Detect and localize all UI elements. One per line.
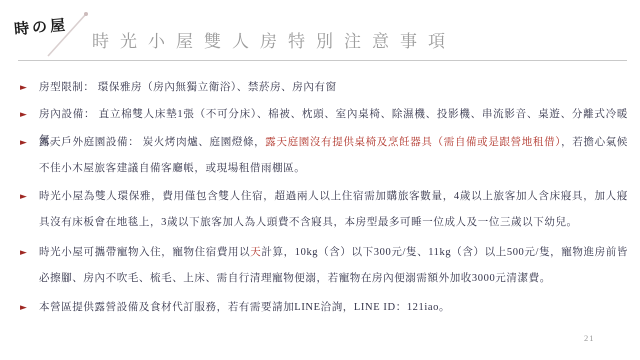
bullet-item-line-contact: ► 本營區提供露營設備及食材代訂服務，若有需要請加LINE洽詢，LINE ID：… xyxy=(20,295,628,321)
bullet-text-segment-emphasis: 露天庭園沒有提供桌椅及烹飪器具（需自備或是跟營地租借） xyxy=(265,137,561,148)
bullet-arrow-icon: ► xyxy=(20,295,39,321)
bullet-text-segment-emphasis: 天 xyxy=(250,247,261,258)
slide: 時の屋 時光小屋雙人房特別注意事項 ► 房型限制： 環保雅房（房內無獨立衛浴）、… xyxy=(0,0,640,360)
title-divider xyxy=(18,60,627,61)
bullet-text-segment: 露天戶外庭園設備： 炭火烤肉爐、庭園燈條， xyxy=(39,137,265,148)
bullet-text-segment: 本營區提供露營設備及食材代訂服務，若有需要請加LINE洽詢，LINE ID：12… xyxy=(39,302,450,313)
bullet-arrow-icon: ► xyxy=(20,75,39,101)
bullet-text-segment: 時光小屋可攜帶寵物入住，寵物住宿費用以 xyxy=(39,247,250,258)
bullet-text: 房型限制： 環保雅房（房內無獨立衛浴）、禁菸房、房內有窗 xyxy=(39,75,628,101)
bullet-text: 露天戶外庭園設備： 炭火烤肉爐、庭園燈條，露天庭園沒有提供桌椅及烹飪器具（需自備… xyxy=(39,130,628,182)
logo-slash-decoration xyxy=(40,8,96,60)
bullet-text: 時光小屋可攜帶寵物入住，寵物住宿費用以天計算，10kg（含）以下300元/隻、1… xyxy=(39,240,628,292)
bullet-text-segment: 房型限制： 環保雅房（房內無獨立衛浴）、禁菸房、房內有窗 xyxy=(39,82,337,93)
bullet-arrow-icon: ► xyxy=(20,130,39,156)
page-number: 21 xyxy=(584,333,595,343)
bullet-item-room-type: ► 房型限制： 環保雅房（房內無獨立衛浴）、禁菸房、房內有窗 xyxy=(20,75,628,101)
bullet-item-garden-equipment: ► 露天戶外庭園設備： 炭火烤肉爐、庭園燈條，露天庭園沒有提供桌椅及烹飪器具（需… xyxy=(20,130,628,182)
bullet-item-occupancy-policy: ► 時光小屋為雙人環保雅，費用僅包含雙人住宿，超過兩人以上住宿需加購旅客數量，4… xyxy=(20,184,628,236)
bullet-arrow-icon: ► xyxy=(20,184,39,210)
bullet-arrow-icon: ► xyxy=(20,102,39,128)
bullet-text: 本營區提供露營設備及食材代訂服務，若有需要請加LINE洽詢，LINE ID：12… xyxy=(39,295,628,321)
bullet-text: 時光小屋為雙人環保雅，費用僅包含雙人住宿，超過兩人以上住宿需加購旅客數量，4歲以… xyxy=(39,184,628,236)
bullet-text-segment: 時光小屋為雙人環保雅，費用僅包含雙人住宿，超過兩人以上住宿需加購旅客數量，4歲以… xyxy=(39,191,628,228)
page-title: 時光小屋雙人房特別注意事項 xyxy=(92,27,456,52)
bullet-arrow-icon: ► xyxy=(20,240,39,266)
bullet-item-pet-policy: ► 時光小屋可攜帶寵物入住，寵物住宿費用以天計算，10kg（含）以下300元/隻… xyxy=(20,240,628,292)
